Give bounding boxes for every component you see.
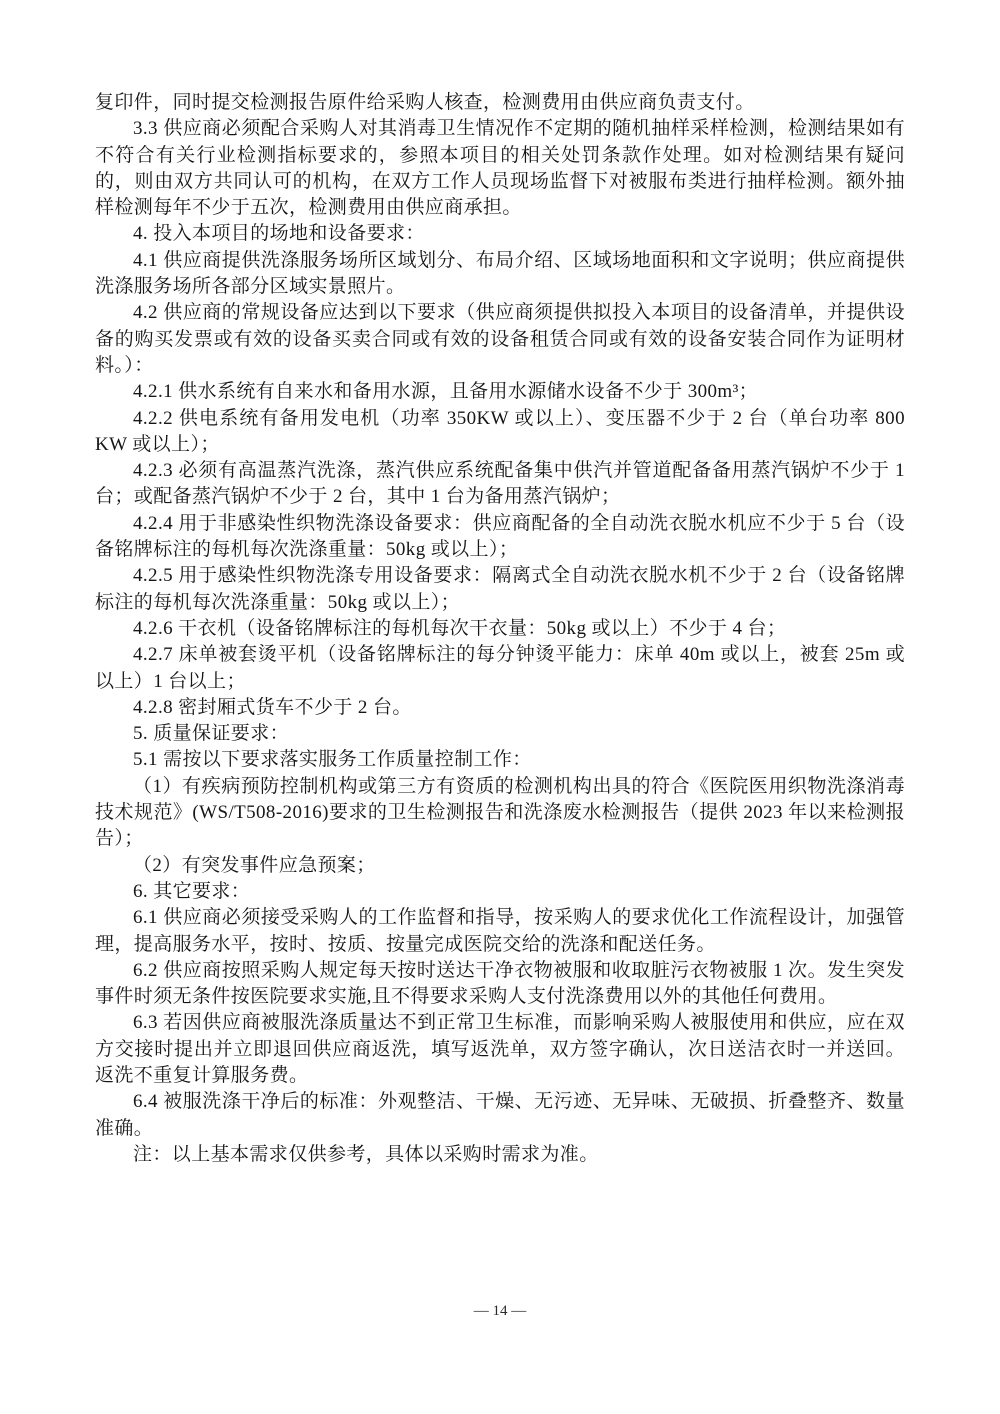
paragraph: 4.2.3 必须有高温蒸汽洗涤，蒸汽供应系统配备集中供汽并管道配备备用蒸汽锅炉不… [95,458,905,511]
paragraph: 6.2 供应商按照采购人规定每天按时送达干净衣物被服和收取脏污衣物被服 1 次。… [95,958,905,1011]
page-number: — 14 — [0,1303,1000,1320]
paragraph: （2）有突发事件应急预案； [95,853,905,879]
paragraph: 4.2.2 供电系统有备用发电机（功率 350KW 或以上）、变压器不少于 2 … [95,406,905,459]
paragraph: 4.2.7 床单被套烫平机（设备铭牌标注的每分钟烫平能力：床单 40m 或以上，… [95,642,905,695]
section-heading: 5. 质量保证要求： [95,721,905,747]
document-page: 复印件，同时提交检测报告原件给采购人核查，检测费用由供应商负责支付。 3.3 供… [0,0,1000,1414]
paragraph: 4.2 供应商的常规设备应达到以下要求（供应商须提供拟投入本项目的设备清单，并提… [95,300,905,379]
paragraph: 4.2.1 供水系统有自来水和备用水源，且备用水源储水设备不少于 300m³； [95,379,905,405]
document-body: 复印件，同时提交检测报告原件给采购人核查，检测费用由供应商负责支付。 3.3 供… [95,90,905,1168]
paragraph: 6.4 被服洗涤干净后的标准：外观整洁、干燥、无污迹、无异味、无破损、折叠整齐、… [95,1089,905,1142]
paragraph: 6.1 供应商必须接受采购人的工作监督和指导，按采购人的要求优化工作流程设计，加… [95,905,905,958]
paragraph: 4.2.5 用于感染性织物洗涤专用设备要求：隔离式全自动洗衣脱水机不少于 2 台… [95,563,905,616]
paragraph: 4.2.4 用于非感染性织物洗涤设备要求：供应商配备的全自动洗衣脱水机应不少于 … [95,511,905,564]
paragraph: 4.2.6 干衣机（设备铭牌标注的每机每次干衣量：50kg 或以上）不少于 4 … [95,616,905,642]
note-paragraph: 注：以上基本需求仅供参考，具体以采购时需求为准。 [95,1142,905,1168]
paragraph: 复印件，同时提交检测报告原件给采购人核查，检测费用由供应商负责支付。 [95,90,905,116]
paragraph: （1）有疾病预防控制机构或第三方有资质的检测机构出具的符合《医院医用织物洗涤消毒… [95,774,905,853]
paragraph: 4.1 供应商提供洗涤服务场所区域划分、布局介绍、区域场地面积和文字说明；供应商… [95,248,905,301]
paragraph: 5.1 需按以下要求落实服务工作质量控制工作： [95,747,905,773]
paragraph: 6.3 若因供应商被服洗涤质量达不到正常卫生标准，而影响采购人被服使用和供应，应… [95,1010,905,1089]
section-heading: 6. 其它要求： [95,879,905,905]
section-heading: 4. 投入本项目的场地和设备要求： [95,221,905,247]
paragraph: 3.3 供应商必须配合采购人对其消毒卫生情况作不定期的随机抽样采样检测，检测结果… [95,116,905,221]
paragraph: 4.2.8 密封厢式货车不少于 2 台。 [95,695,905,721]
